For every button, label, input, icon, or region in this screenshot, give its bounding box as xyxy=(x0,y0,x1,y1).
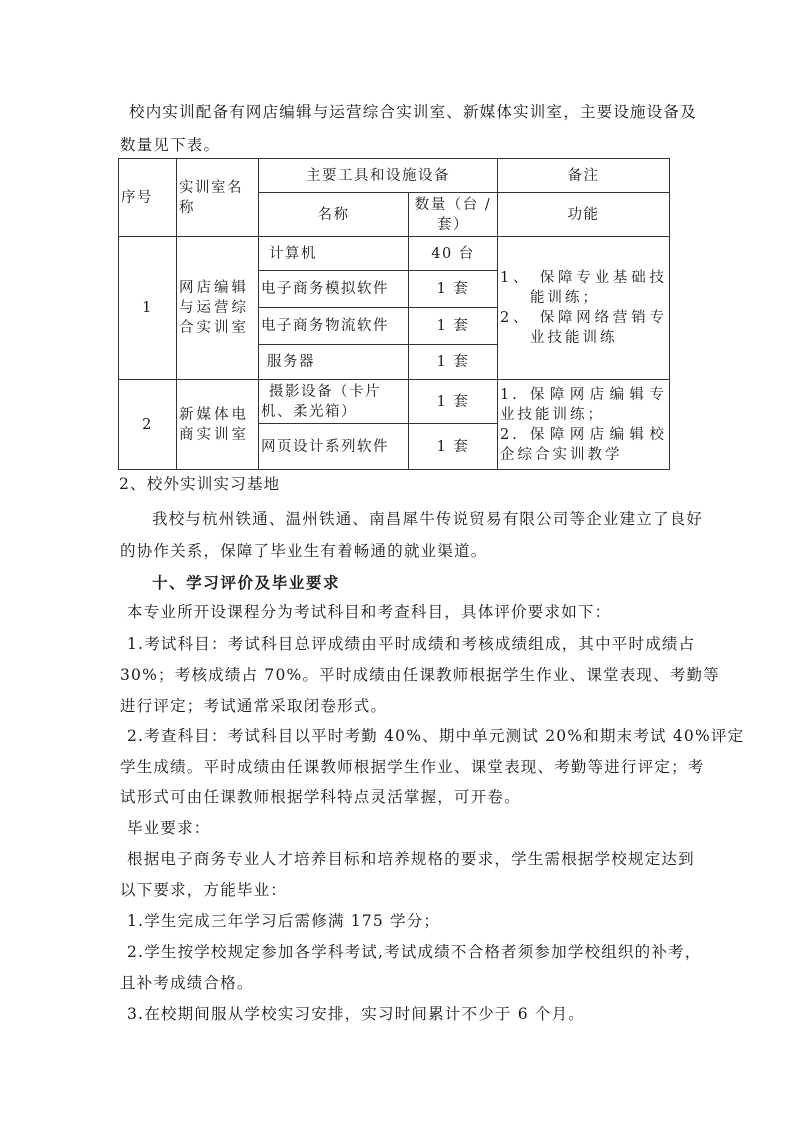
exam-subjects-line-2: 30%；考核成绩占 70%。平时成绩由任课教师根据学生作业、课堂表现、考勤等 xyxy=(120,665,672,685)
graduation-intro-line-1: 根据电子商务专业人才培养目标和培养规格的要求，学生需根据学校规定达到 xyxy=(127,849,679,869)
graduation-requirement-2-line-1: 2.学生按学校规定参加各学科考试,考试成绩不合格者须参加学校组织的补考， xyxy=(127,942,679,962)
header-remarks-group: 备注 xyxy=(498,159,670,193)
function-item: 1、 保障专业基础技能训练； xyxy=(500,268,667,308)
graduation-requirement-3: 3.在校期间服从学校实习安排，实习时间累计不少于 6 个月。 xyxy=(127,1004,679,1024)
header-index: 序号 xyxy=(119,159,177,237)
equipment-quantity: 1 套 xyxy=(409,308,498,345)
room-index: 2 xyxy=(119,380,177,470)
header-equipment-name: 名称 xyxy=(259,193,409,237)
equipment-name: 服务器 xyxy=(259,345,409,380)
room-name: 网店编辑与运营综合实训室 xyxy=(177,237,259,380)
intro-line-1: 校内实训配备有网店编辑与运营综合实训室、新媒体实训室，主要设施设备及 xyxy=(129,102,681,122)
exam-subjects-line-3: 进行评定；考试通常采取闭卷形式。 xyxy=(120,696,672,716)
equipment-name: 网页设计系列软件 xyxy=(259,424,409,470)
graduation-requirement-2-line-2: 且补考成绩合格。 xyxy=(120,973,672,993)
equipment-table: 序号 实训室名称 主要工具和设施设备 备注 名称 数量（台 / 套） 功能 1 … xyxy=(118,158,670,470)
graduation-requirement-1: 1.学生完成三年学习后需修满 175 学分； xyxy=(127,911,679,931)
graduation-title: 毕业要求： xyxy=(127,818,679,838)
section-heading: 十、学习评价及毕业要求 xyxy=(152,573,704,593)
function-item: 2. 保障网店编辑校企综合实训教学 xyxy=(500,425,667,465)
external-base-para-line-2: 的协作关系，保障了毕业生有着畅通的就业渠道。 xyxy=(120,541,672,561)
equipment-quantity: 1 套 xyxy=(409,271,498,308)
check-subjects-line-1: 2.考查科目：考试科目以平时考勤 40%、期中单元测试 20%和期末考试 40%… xyxy=(127,726,679,746)
header-room-name: 实训室名称 xyxy=(177,159,259,237)
equipment-quantity: 1 套 xyxy=(409,345,498,380)
room-functions: 1、 保障专业基础技能训练； 2、 保障网络营销专业技能训练 xyxy=(498,237,670,380)
equipment-name: 摄影设备（卡片机、柔光箱） xyxy=(259,380,409,424)
table-row: 2 新媒体电商实训室 摄影设备（卡片机、柔光箱） 1 套 1. 保障网店编辑专业… xyxy=(119,380,670,424)
table-header-row-1: 序号 实训室名称 主要工具和设施设备 备注 xyxy=(119,159,670,193)
check-subjects-line-3: 试形式可由任课教师根据学科特点灵活掌握，可开卷。 xyxy=(120,787,672,807)
equipment-name: 电子商务模拟软件 xyxy=(259,271,409,308)
equipment-quantity: 1 套 xyxy=(409,424,498,470)
equipment-quantity: 40 台 xyxy=(409,237,498,271)
room-name: 新媒体电商实训室 xyxy=(177,380,259,470)
external-base-para-line-1: 我校与杭州铁通、温州铁通、南昌犀牛传说贸易有限公司等企业建立了良好 xyxy=(152,509,704,529)
room-index: 1 xyxy=(119,237,177,380)
function-item: 1. 保障网店编辑专业技能训练； xyxy=(500,385,667,425)
header-equipment-group: 主要工具和设施设备 xyxy=(259,159,498,193)
evaluation-intro: 本专业所开设课程分为考试科目和考查科目，具体评价要求如下： xyxy=(127,602,679,622)
check-subjects-line-2: 学生成绩。平时成绩由任课教师根据学生作业、课堂表现、考勤等进行评定；考 xyxy=(120,757,672,777)
intro-line-2: 数量见下表。 xyxy=(120,135,672,155)
document-page: 校内实训配备有网店编辑与运营综合实训室、新媒体实训室，主要设施设备及 数量见下表… xyxy=(0,0,794,1123)
equipment-quantity: 1 套 xyxy=(409,380,498,424)
external-base-title: 2、校外实训实习基地 xyxy=(119,474,671,494)
header-quantity: 数量（台 / 套） xyxy=(409,193,498,237)
graduation-intro-line-2: 以下要求，方能毕业： xyxy=(120,880,672,900)
table-row: 1 网店编辑与运营综合实训室 计算机 40 台 1、 保障专业基础技能训练； 2… xyxy=(119,237,670,271)
equipment-name: 计算机 xyxy=(259,237,409,271)
function-item: 2、 保障网络营销专业技能训练 xyxy=(500,308,667,348)
header-function: 功能 xyxy=(498,193,670,237)
room-functions: 1. 保障网店编辑专业技能训练； 2. 保障网店编辑校企综合实训教学 xyxy=(498,380,670,470)
equipment-name: 电子商务物流软件 xyxy=(259,308,409,345)
exam-subjects-line-1: 1.考试科目：考试科目总评成绩由平时成绩和考核成绩组成，其中平时成绩占 xyxy=(127,634,679,654)
